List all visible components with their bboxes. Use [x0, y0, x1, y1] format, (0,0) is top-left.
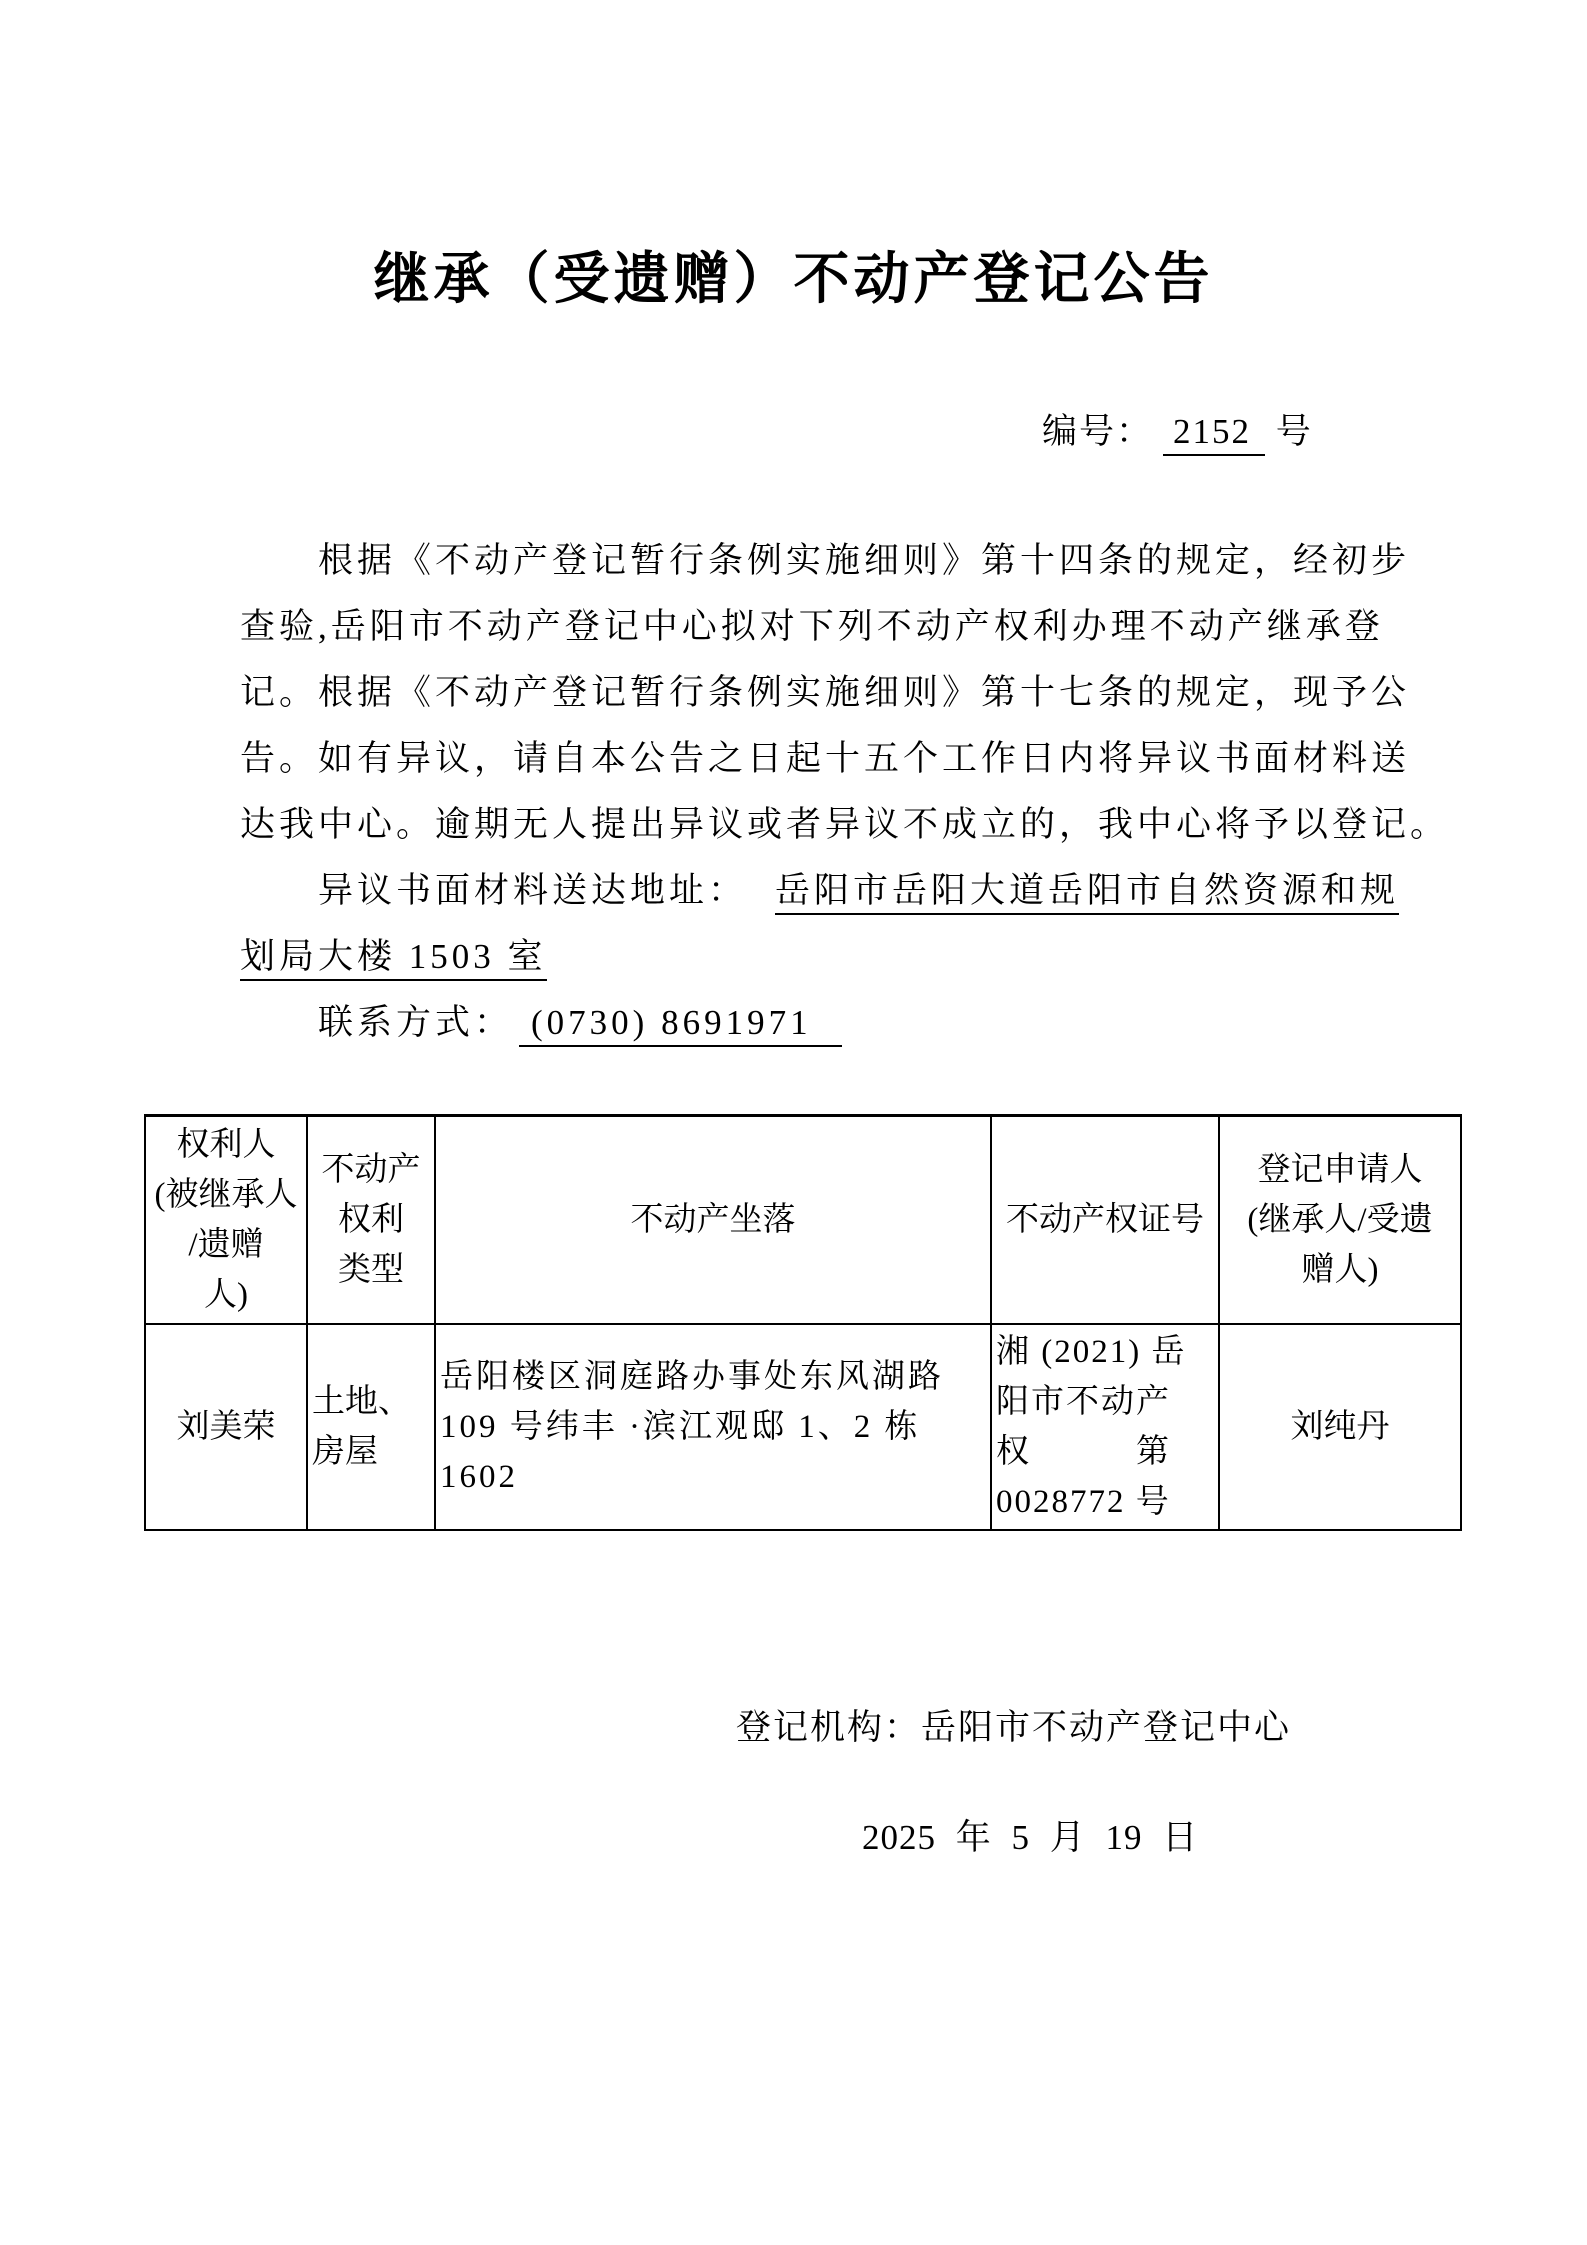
address-line-2: 划局大楼 1503 室 — [240, 924, 1452, 990]
address-value-part2: 划局大楼 1503 室 — [240, 937, 547, 981]
cell-property-location: 岳阳楼区洞庭路办事处东风湖路 109 号纬丰 ·滨江观邸 1、2 栋 1602 — [435, 1324, 991, 1530]
contact-line: 联系方式：(0730) 8691971 — [240, 990, 1452, 1056]
notice-document-page: 继承（受遗赠）不动产登记公告 编号：2152 号 根据《不动产登记暂行条例实施细… — [0, 0, 1587, 2245]
serial-label: 编号： — [1042, 412, 1153, 451]
address-label: 异议书面材料送达地址： — [318, 871, 747, 910]
date-line: 2025 年 5 月 19 日 — [862, 1810, 1198, 1860]
registration-authority-line: 登记机构：岳阳市不动产登记中心 — [736, 1700, 1291, 1750]
serial-number-value: 2152 — [1163, 412, 1265, 456]
header-certificate-number: 不动产权证号 — [991, 1116, 1219, 1324]
address-line-1: 异议书面材料送达地址：岳阳市岳阳大道岳阳市自然资源和规 — [240, 858, 1452, 924]
registration-table: 权利人 (被继承人 /遗赠 人) 不动产 权利 类型 不动产坐落 不动产权证号 … — [144, 1114, 1462, 1531]
cell-owner-name: 刘美荣 — [145, 1324, 307, 1530]
cell-right-type: 土地、 房屋 — [307, 1324, 435, 1530]
header-applicant: 登记申请人 (继承人/受遗 赠人) — [1219, 1116, 1461, 1324]
contact-phone-value: (0730) 8691971 — [519, 1003, 842, 1047]
table-row: 刘美荣 土地、 房屋 岳阳楼区洞庭路办事处东风湖路 109 号纬丰 ·滨江观邸 … — [145, 1324, 1461, 1530]
header-rights-holder: 权利人 (被继承人 /遗赠 人) — [145, 1116, 307, 1324]
cell-applicant-name: 刘纯丹 — [1219, 1324, 1461, 1530]
header-right-type: 不动产 权利 类型 — [307, 1116, 435, 1324]
page-title: 继承（受遗赠）不动产登记公告 — [0, 248, 1587, 310]
body-text-block: 根据《不动产登记暂行条例实施细则》第十四条的规定，经初步 查验,岳阳市不动产登记… — [240, 528, 1452, 1056]
table-header-row: 权利人 (被继承人 /遗赠 人) 不动产 权利 类型 不动产坐落 不动产权证号 … — [145, 1116, 1461, 1324]
main-paragraph: 根据《不动产登记暂行条例实施细则》第十四条的规定，经初步 查验,岳阳市不动产登记… — [240, 528, 1452, 858]
cell-certificate-number: 湘 (2021) 岳 阳市不动产 权 第 0028772 号 — [991, 1324, 1219, 1530]
header-property-location: 不动产坐落 — [435, 1116, 991, 1324]
address-value-part1: 岳阳市岳阳大道岳阳市自然资源和规 — [775, 871, 1399, 915]
serial-suffix: 号 — [1276, 412, 1313, 451]
serial-number-line: 编号：2152 号 — [1042, 404, 1313, 456]
contact-label: 联系方式： — [318, 1003, 513, 1042]
